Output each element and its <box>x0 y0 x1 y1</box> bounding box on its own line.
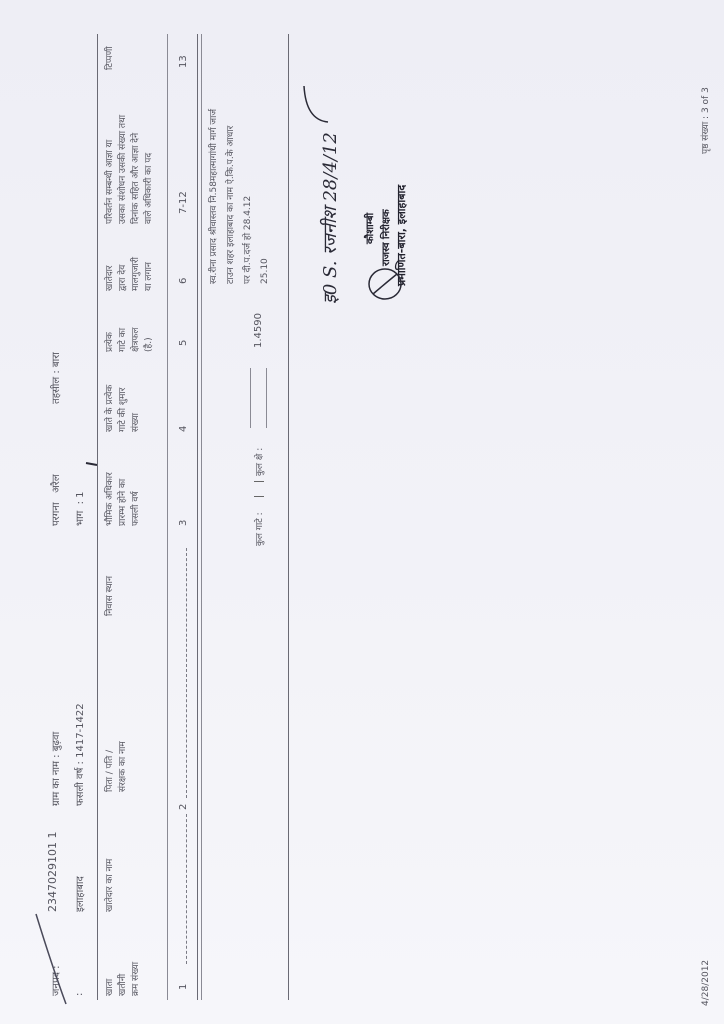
numbers-bottom-rule-2 <box>201 34 202 1000</box>
pen-stroke-mark <box>30 906 70 1006</box>
land-record-page: जनपद : 2347029101 1 ग्राम का नाम : बुढ़व… <box>0 0 724 1024</box>
col-num-5: 5 <box>178 340 189 346</box>
remark-block: स्व.रीना प्रसाद श्रीवास्तव नि.58महात्माग… <box>208 109 272 284</box>
total-plots-box <box>254 481 264 497</box>
stamp-line-1: कौशाम्बी <box>362 213 376 244</box>
col-header-plot-number: खाते के प्रत्येकगाटे की शुमारसंख्या <box>104 385 143 432</box>
header-bottom-rule <box>167 34 168 1000</box>
district-name: इलाहाबाद <box>72 876 86 912</box>
signature-1: इ0 S. रजनीश 28/4/12 <box>318 132 342 304</box>
stamp-line-2: राजस्व निरीक्षक <box>378 209 392 266</box>
col-num-6: 6 <box>178 278 189 284</box>
village-name: ग्राम का नाम : बुढ़वा <box>48 732 62 806</box>
footer-page-number: पृष्ठ संख्या : 3 of 3 <box>700 87 713 154</box>
col-num-13: 13 <box>178 55 189 68</box>
table-bottom-rule <box>288 34 289 1000</box>
col-header-residence: निवास स्थान <box>104 576 117 616</box>
total-plots-label: कुल गाटे : <box>254 512 267 546</box>
col-num-1: 1 <box>178 984 189 990</box>
fasli-year: फसली वर्ष : 1417-1422 <box>72 703 86 806</box>
col-header-remarks: टिप्पणी <box>104 46 117 70</box>
col-header-order: परिवर्तन सम्बन्धी आज्ञा याउसका संशोधन उस… <box>104 115 156 224</box>
pargana: परगना अरैल <box>48 474 62 526</box>
col-num-4: 4 <box>178 426 189 432</box>
col-num-dash-left <box>186 814 187 964</box>
district-colon: : <box>74 993 85 996</box>
total-area-label: कुल क्षे : <box>254 448 267 476</box>
col-num-3: 3 <box>178 520 189 526</box>
col-num-dash-right <box>186 548 187 798</box>
col-header-holder-name: खातेदार का नाम <box>104 859 117 912</box>
col-header-serial: खाताखतौनीक्रम संख्या <box>104 962 143 996</box>
signature-circle <box>365 264 405 304</box>
district-code: 2347029101 1 <box>46 832 59 912</box>
bhag: भाग : 1 <box>72 491 86 526</box>
tehsil: तहसील : बारा <box>48 352 62 404</box>
col-num-2: 2 <box>178 804 189 810</box>
col-header-area: प्रत्येकगाटे काक्षेत्रफल(है.) <box>104 328 156 352</box>
numbers-bottom-rule <box>197 34 198 1000</box>
total-area-rule-top <box>250 368 251 428</box>
footer-date: 4/28/2012 <box>700 960 713 1006</box>
col-header-father-name: पिता / पति /संरक्षक का नाम <box>104 741 130 792</box>
col-num-7-12: 7-12 <box>178 191 189 214</box>
signature-flourish <box>300 84 330 124</box>
table-top-rule <box>97 34 98 1000</box>
total-area-value: 1.4590 <box>253 313 264 348</box>
col-header-revenue: खातेदारद्वारा देयमालगुजारीया लगान <box>104 257 156 291</box>
total-area-rule-bottom <box>266 368 267 428</box>
col-header-rights-year: भौमिक अधिकारप्रारम्भ होने काफसली वर्ष <box>104 472 143 526</box>
